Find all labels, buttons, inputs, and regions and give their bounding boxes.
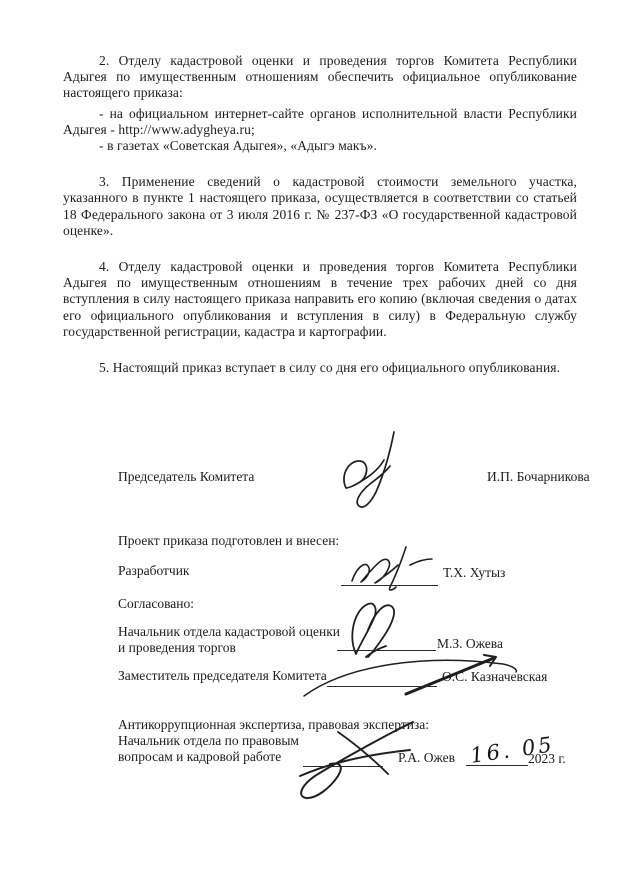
- date-underline: [466, 765, 528, 766]
- deputy-chairman-signature-line: [327, 686, 437, 687]
- year-suffix: 2023 г.: [528, 751, 566, 767]
- signature-bocharnikova: [338, 430, 408, 512]
- paragraph-3: 3. Применение сведений о кадастровой сто…: [63, 174, 577, 239]
- chairman-title: Председатель Комитета: [118, 469, 254, 485]
- order-body-text: 2. Отделу кадастровой оценки и проведени…: [63, 53, 577, 376]
- legal-head-title-line1: Начальник отдела по правовым: [118, 733, 299, 749]
- chairman-name: И.П. Бочарникова: [487, 469, 590, 485]
- paragraph-2-item-newspapers: - в газетах «Советская Адыгея», «Адыгэ м…: [63, 138, 577, 154]
- paragraph-4: 4. Отделу кадастровой оценки и проведени…: [63, 259, 577, 340]
- scanned-order-page: 2. Отделу кадастровой оценки и проведени…: [0, 0, 640, 873]
- agreed-heading: Согласовано:: [118, 596, 194, 612]
- paragraph-2-item-website: - на официальном интернет-сайте органов …: [63, 106, 577, 138]
- deputy-chairman-name: О.С. Казначевская: [442, 669, 547, 685]
- legal-head-title-line2: вопросам и кадровой работе: [118, 749, 281, 765]
- valuation-head-title-line1: Начальник отдела кадастровой оценки: [118, 624, 340, 640]
- paragraph-2: 2. Отделу кадастровой оценки и проведени…: [63, 53, 577, 102]
- valuation-head-title-line2: и проведения торгов: [118, 640, 236, 656]
- legal-head-signature-line: [303, 766, 383, 767]
- developer-title: Разработчик: [118, 563, 190, 579]
- paragraph-5: 5. Настоящий приказ вступает в силу со д…: [63, 360, 577, 376]
- developer-name: Т.Х. Хутыз: [443, 565, 505, 581]
- legal-head-name: Р.А. Ожев: [398, 750, 455, 766]
- developer-signature-line: [341, 585, 438, 586]
- deputy-chairman-title: Заместитель председателя Комитета: [118, 668, 327, 684]
- prepared-heading: Проект приказа подготовлен и внесен:: [118, 533, 339, 549]
